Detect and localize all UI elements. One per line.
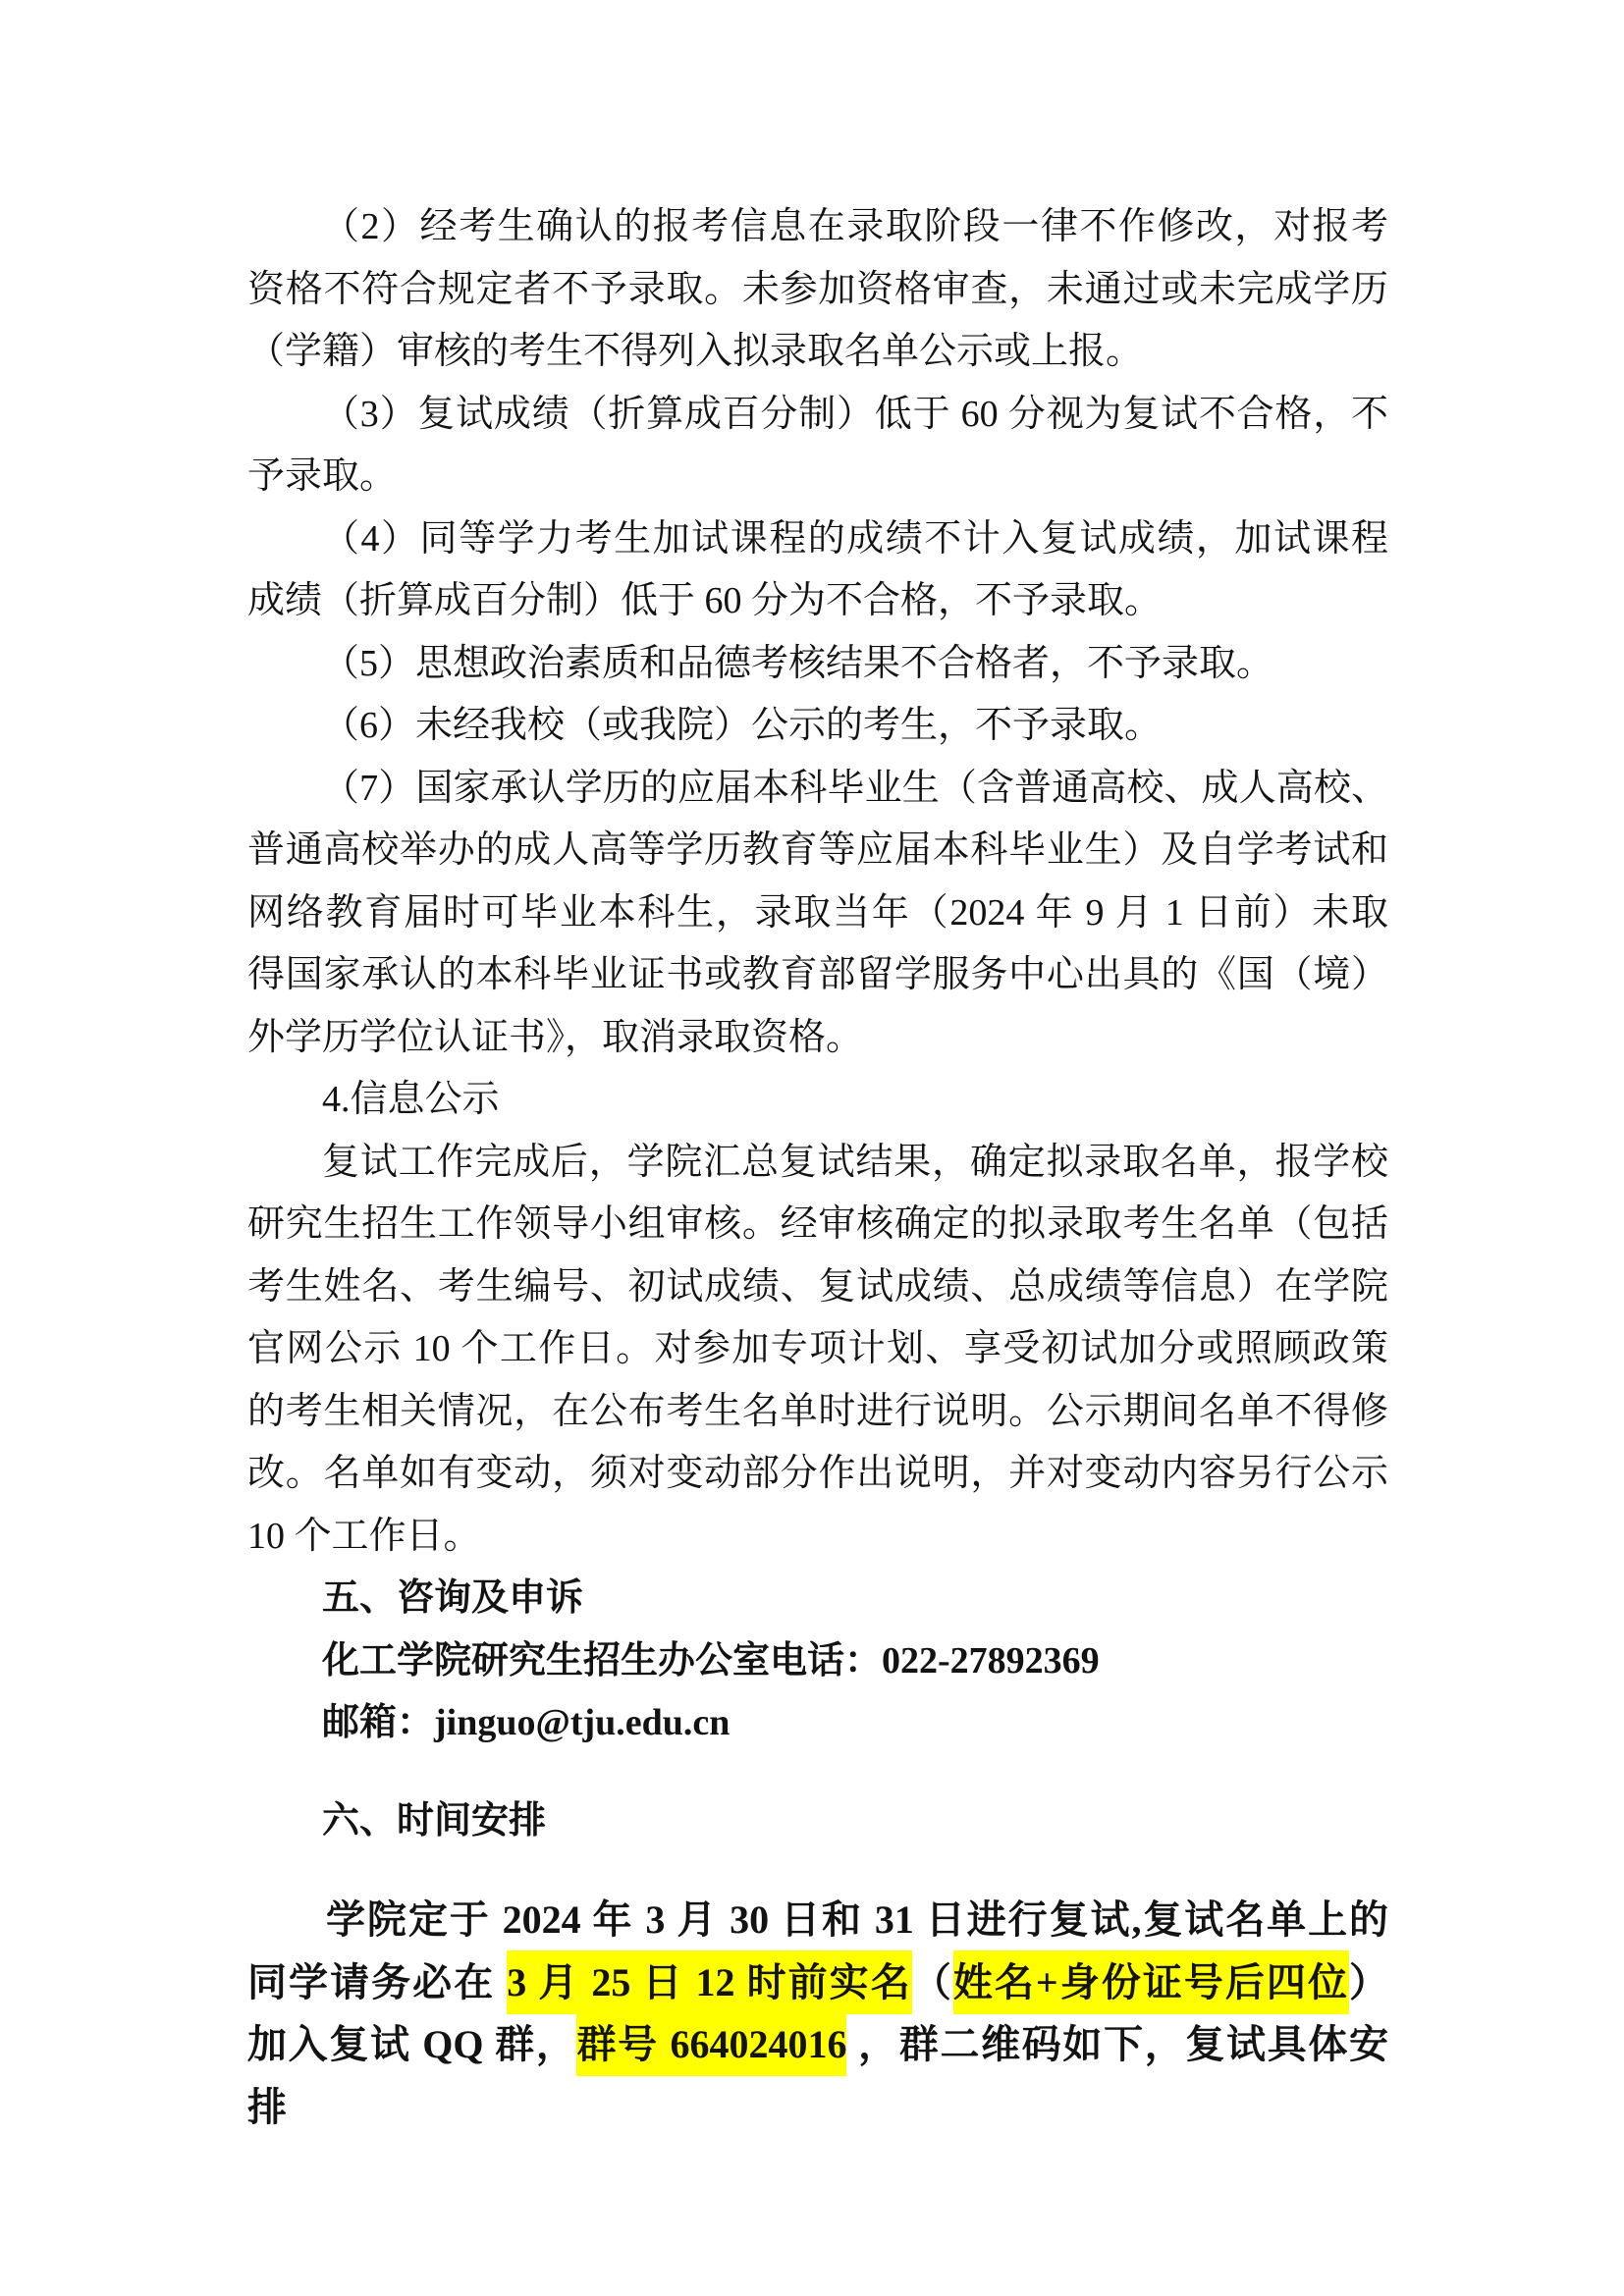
text-segment: 研究生招生工作领导小组审核。经审核确定的拟录取考生名单（包括 — [247, 1203, 1388, 1245]
text-line: （6）未经我校（或我院）公示的考生，不予录取。 — [247, 695, 1388, 758]
text-segment: 的考生相关情况，在公布考生名单时进行说明。公示期间名单不得修 — [247, 1391, 1388, 1432]
text-line: （学籍）审核的考生不得列入拟录取名单公示或上报。 — [247, 321, 1388, 384]
text-segment: 同学请务必在 — [247, 1960, 507, 2004]
text-line: （3）复试成绩（折算成百分制）低于 60 分视为复试不合格，不 — [247, 384, 1388, 447]
text-segment: 资格不符合规定者不予录取。未参加资格审查，未通过或未完成学历 — [247, 269, 1388, 310]
text-line: 五、咨询及申诉 — [247, 1568, 1388, 1630]
text-line: 10 个工作日。 — [247, 1506, 1388, 1569]
text-line: 六、时间安排 — [247, 1790, 1388, 1853]
text-line: （5）思想政治素质和品德考核结果不合格者，不予录取。 — [247, 633, 1388, 696]
text-line: 官网公示 10 个工作日。对参加专项计划、享受初试加分或照顾政策 — [247, 1318, 1388, 1381]
text-segment: （4）同等学力考生加试课程的成绩不计入复试成绩，加试课程 — [322, 518, 1388, 560]
text-line: 予录取。 — [247, 446, 1388, 508]
text-segment: 外学历学位认证书》，取消录取资格。 — [247, 1017, 863, 1058]
document-body: （2）经考生确认的报考信息在录取阶段一律不作修改，对报考资格不符合规定者不予录取… — [247, 196, 1388, 2138]
text-line: 研究生招生工作领导小组审核。经审核确定的拟录取考生名单（包括 — [247, 1194, 1388, 1256]
text-segment: 化工学院研究生招生办公室电话：022-27892369 — [322, 1640, 1100, 1682]
text-line: 的考生相关情况，在公布考生名单时进行说明。公示期间名单不得修 — [247, 1381, 1388, 1444]
text-line: 改。名单如有变动，须对变动部分作出说明，并对变动内容另行公示 — [247, 1443, 1388, 1506]
text-line: 邮箱：jinguo@tju.edu.cn — [247, 1692, 1388, 1755]
text-segment: （ — [912, 1960, 953, 2004]
text-line: 考生姓名、考生编号、初试成绩、复试成绩、总成绩等信息）在学院 — [247, 1256, 1388, 1319]
text-line: 4.信息公示 — [247, 1069, 1388, 1132]
text-segment: 普通高校举办的成人高等学历教育等应届本科毕业生）及自学考试和 — [247, 829, 1388, 871]
text-segment: 邮箱：jinguo@tju.edu.cn — [322, 1702, 730, 1743]
text-line: 成绩（折算成百分制）低于 60 分为不合格，不予录取。 — [247, 570, 1388, 633]
highlighted-text: 3 月 25 日 12 时前实名 — [507, 1950, 911, 2014]
text-segment: 成绩（折算成百分制）低于 60 分为不合格，不予录取。 — [247, 580, 1162, 621]
text-segment: 改。名单如有变动，须对变动部分作出说明，并对变动内容另行公示 — [247, 1453, 1388, 1494]
text-line: 同学请务必在 3 月 25 日 12 时前实名（姓名+身份证号后四位） — [247, 1951, 1388, 2014]
text-line: （2）经考生确认的报考信息在录取阶段一律不作修改，对报考 — [247, 196, 1388, 259]
text-line: 资格不符合规定者不予录取。未参加资格审查，未通过或未完成学历 — [247, 259, 1388, 322]
text-segment: （7）国家承认学历的应届本科毕业生（含普通高校、成人高校、 — [322, 768, 1388, 809]
text-segment: 官网公示 10 个工作日。对参加专项计划、享受初试加分或照顾政策 — [247, 1328, 1388, 1369]
text-segment: 网络教育届时可毕业本科生，录取当年（2024 年 9 月 1 日前）未取 — [247, 892, 1388, 934]
highlighted-text: 群号 664024016 — [576, 2012, 846, 2076]
text-line: 化工学院研究生招生办公室电话：022-27892369 — [247, 1630, 1388, 1693]
text-segment: 予录取。 — [247, 455, 397, 497]
text-segment: （学籍）审核的考生不得列入拟录取名单公示或上报。 — [247, 331, 1143, 372]
text-segment: （3）复试成绩（折算成百分制）低于 60 分视为复试不合格，不 — [322, 394, 1388, 435]
text-segment: 五、咨询及申诉 — [322, 1577, 583, 1619]
text-segment: 加入复试 QQ 群， — [247, 2022, 576, 2066]
document-page: （2）经考生确认的报考信息在录取阶段一律不作修改，对报考资格不符合规定者不予录取… — [0, 0, 1624, 2296]
text-segment: 学院定于 2024 年 3 月 30 日和 31 日进行复试,复试名单上的 — [326, 1897, 1388, 1942]
text-line: 得国家承认的本科毕业证书或教育部留学服务中心出具的《国（境） — [247, 944, 1388, 1007]
text-segment: 4.信息公示 — [322, 1079, 500, 1120]
text-segment: 复试工作完成后，学院汇总复试结果，确定拟录取名单，报学校 — [322, 1142, 1388, 1183]
text-segment: 得国家承认的本科毕业证书或教育部留学服务中心出具的《国（境） — [247, 954, 1388, 995]
text-segment: 六、时间安排 — [322, 1800, 546, 1842]
text-segment: ） — [1349, 1960, 1388, 2004]
text-segment: 考生姓名、考生编号、初试成绩、复试成绩、总成绩等信息）在学院 — [247, 1266, 1388, 1308]
highlighted-text: 姓名+身份证号后四位 — [953, 1950, 1349, 2014]
text-segment: （2）经考生确认的报考信息在录取阶段一律不作修改，对报考 — [322, 206, 1388, 247]
text-line: （7）国家承认学历的应届本科毕业生（含普通高校、成人高校、 — [247, 758, 1388, 821]
text-line: （4）同等学力考生加试课程的成绩不计入复试成绩，加试课程 — [247, 508, 1388, 571]
text-segment: 10 个工作日。 — [247, 1516, 481, 1557]
text-line: 外学历学位认证书》，取消录取资格。 — [247, 1007, 1388, 1070]
text-line: 加入复试 QQ 群，群号 664024016 ，群二维码如下，复试具体安排 — [247, 2013, 1388, 2138]
text-line: 网络教育届时可毕业本科生，录取当年（2024 年 9 月 1 日前）未取 — [247, 882, 1388, 945]
text-line: 普通高校举办的成人高等学历教育等应届本科毕业生）及自学考试和 — [247, 820, 1388, 882]
text-segment: （6）未经我校（或我院）公示的考生，不予录取。 — [322, 705, 1162, 746]
text-line: 复试工作完成后，学院汇总复试结果，确定拟录取名单，报学校 — [247, 1132, 1388, 1195]
text-line: 学院定于 2024 年 3 月 30 日和 31 日进行复试,复试名单上的 — [247, 1889, 1388, 1951]
text-segment: （5）思想政治素质和品德考核结果不合格者，不予录取。 — [322, 643, 1273, 684]
